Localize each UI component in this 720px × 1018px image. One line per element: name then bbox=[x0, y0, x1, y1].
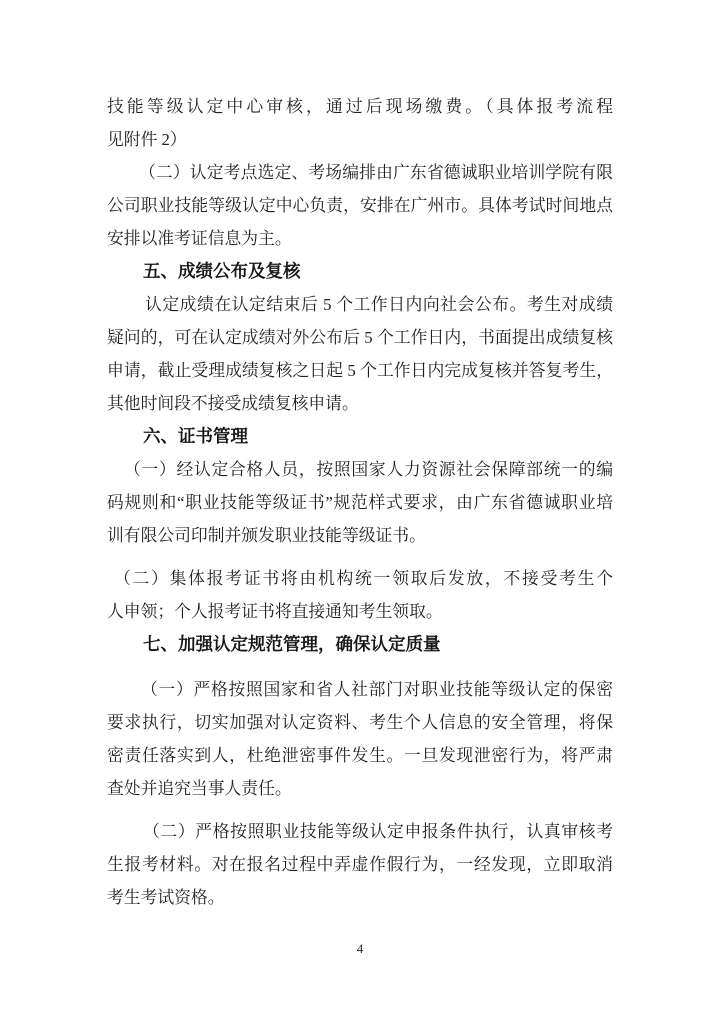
text-line: 安排以准考证信息为主。 bbox=[107, 222, 613, 255]
paragraph: （二）认定考点选定、考场编排由广东省德诚职业培训学院有限 公司职业技能等级认定中… bbox=[107, 156, 613, 255]
text-line: 技能等级认定中心审核，通过后现场缴费。（具体报考流程 bbox=[107, 90, 613, 123]
text-line: 公司职业技能等级认定中心负责，安排在广州市。具体考试时间地点 bbox=[107, 189, 613, 222]
text-line: （二）集体报考证书将由机构统一领取后发放，不接受考生个 bbox=[107, 562, 613, 595]
paragraph: 技能等级认定中心审核，通过后现场缴费。（具体报考流程 见附件 2） bbox=[107, 90, 613, 156]
text-line: 码规则和“职业技能等级证书”规范样式要求，由广东省德诚职业培 bbox=[107, 486, 613, 519]
paragraph: （一）严格按照国家和省人社部门对职业技能等级认定的保密 要求执行，切实加强对认定… bbox=[107, 673, 613, 805]
document-page: 技能等级认定中心审核，通过后现场缴费。（具体报考流程 见附件 2） （二）认定考… bbox=[107, 0, 613, 914]
text-line: 其他时间段不接受成绩复核申请。 bbox=[107, 387, 613, 420]
text-line: （二）严格按照职业技能等级认定申报条件执行，认真审核考 bbox=[107, 815, 613, 848]
text-line: 认定成绩在认定结束后 5 个工作日内向社会公布。考生对成绩有 bbox=[107, 288, 613, 321]
text-line: 疑问的，可在认定成绩对外公布后 5 个工作日内，书面提出成绩复核 bbox=[107, 321, 613, 354]
paragraph: （一）经认定合格人员，按照国家人力资源社会保障部统一的编 码规则和“职业技能等级… bbox=[107, 453, 613, 552]
section-heading: 七、加强认定规范管理，确保认定质量 bbox=[107, 628, 613, 661]
text-line: （二）认定考点选定、考场编排由广东省德诚职业培训学院有限 bbox=[107, 156, 613, 189]
paragraph: 认定成绩在认定结束后 5 个工作日内向社会公布。考生对成绩有 疑问的，可在认定成… bbox=[107, 288, 613, 420]
text-line: （一）经认定合格人员，按照国家人力资源社会保障部统一的编 bbox=[107, 453, 613, 486]
section-heading: 五、成绩公布及复核 bbox=[107, 255, 613, 288]
text-line: 查处并追究当事人责任。 bbox=[107, 772, 613, 805]
text-line: 人申领；个人报考证书将直接通知考生领取。 bbox=[107, 595, 613, 628]
paragraph: （二）集体报考证书将由机构统一领取后发放，不接受考生个 人申领；个人报考证书将直… bbox=[107, 562, 613, 628]
paragraph: （二）严格按照职业技能等级认定申报条件执行，认真审核考 生报考材料。对在报名过程… bbox=[107, 815, 613, 914]
text-line: 考生考试资格。 bbox=[107, 881, 613, 914]
page-number: 4 bbox=[0, 941, 720, 957]
text-line: （一）严格按照国家和省人社部门对职业技能等级认定的保密 bbox=[107, 673, 613, 706]
text-line: 生报考材料。对在报名过程中弄虚作假行为，一经发现，立即取消 bbox=[107, 848, 613, 881]
text-line: 要求执行，切实加强对认定资料、考生个人信息的安全管理，将保 bbox=[107, 706, 613, 739]
section-heading: 六、证书管理 bbox=[107, 420, 613, 453]
text-line: 见附件 2） bbox=[107, 123, 613, 156]
text-line: 申请，截止受理成绩复核之日起 5 个工作日内完成复核并答复考生， bbox=[107, 354, 613, 387]
text-line: 训有限公司印制并颁发职业技能等级证书。 bbox=[107, 519, 613, 552]
text-line: 密责任落实到人，杜绝泄密事件发生。一旦发现泄密行为，将严肃 bbox=[107, 739, 613, 772]
